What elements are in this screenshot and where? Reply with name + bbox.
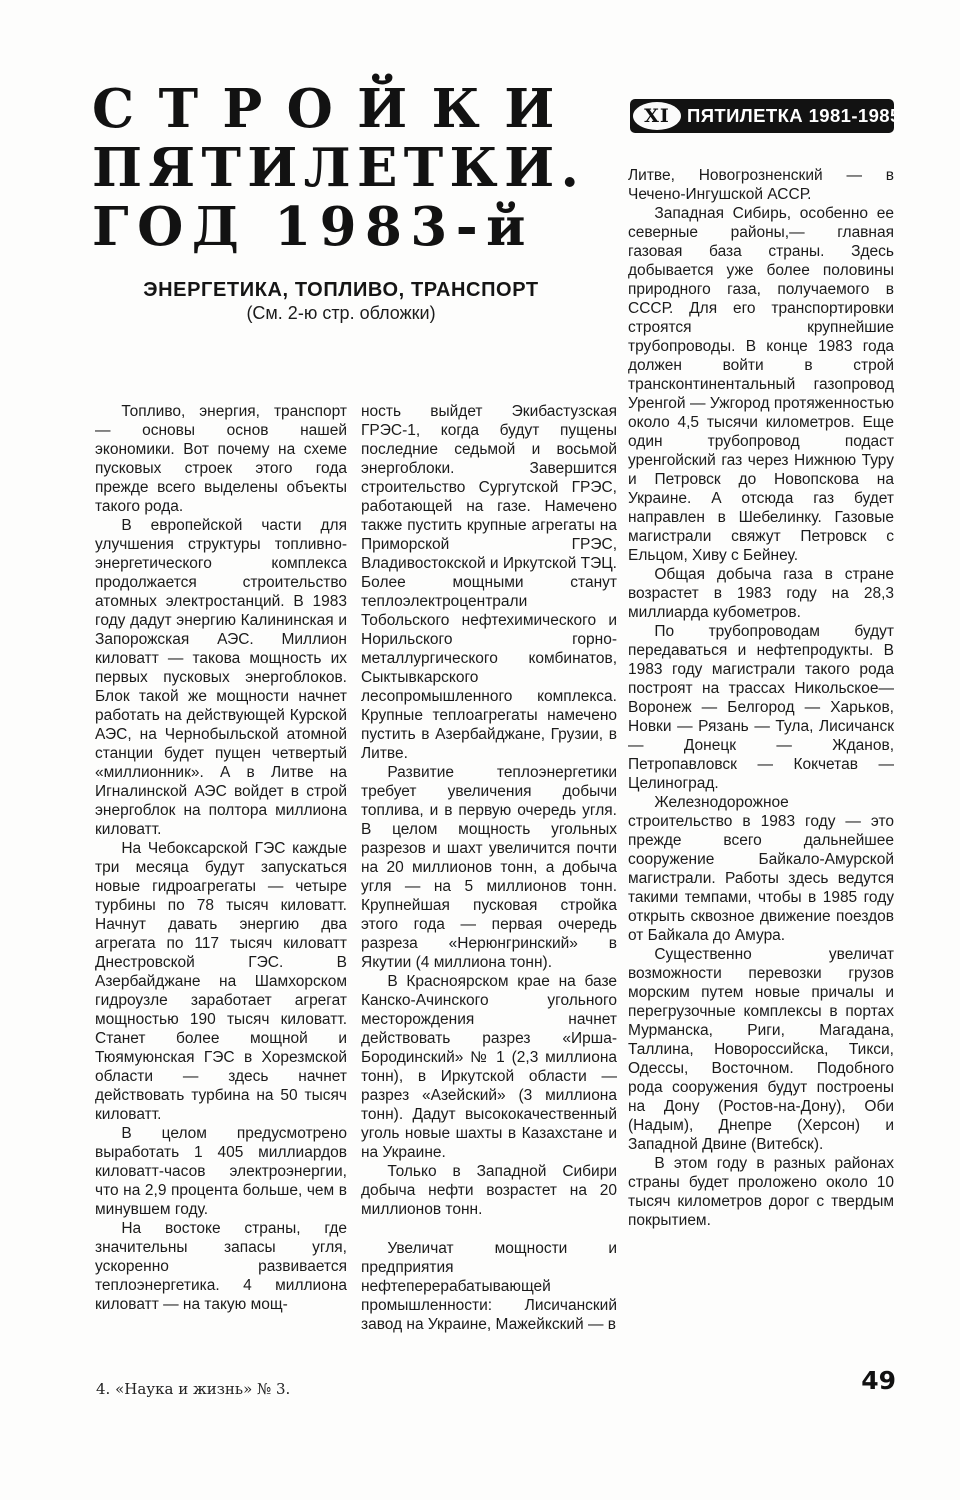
paragraph: Железнодорожное строительство в 1983 год…: [628, 793, 894, 945]
paragraph: Общая добыча газа в стране возрастет в 1…: [628, 565, 894, 622]
paragraph: В этом году в разных районах страны буде…: [628, 1154, 894, 1230]
title-line-1: СТРОЙКИ: [92, 80, 590, 139]
paragraph: Существенно увеличат возможности перевоз…: [628, 945, 894, 1154]
article-title: СТРОЙКИ ПЯТИЛЕТКИ. ГОД 1983-й: [92, 80, 590, 257]
magazine-page: СТРОЙКИ ПЯТИЛЕТКИ. ГОД 1983-й XI ПЯТИЛЕТ…: [0, 0, 960, 1500]
text-column-3: Литве, Новогрозненский — в Чечено-Ингушс…: [628, 166, 894, 1230]
page-number: 49: [861, 1366, 896, 1395]
roman-numeral-xi: XI: [644, 105, 670, 127]
text-column-2: ность выйдет Экибастузская ГРЭС-1, когда…: [361, 402, 617, 1334]
paragraph: В европейской части для улучшения структ…: [95, 516, 347, 839]
paragraph: Развитие теплоэнергетики требует увеличе…: [361, 763, 617, 972]
paragraph: По трубопроводам будут передаваться и не…: [628, 622, 894, 793]
paragraph: Увеличат мощности и предприятия нефтепер…: [361, 1239, 617, 1334]
paragraph: Литве, Новогрозненский — в Чечено-Ингушс…: [628, 166, 894, 204]
paragraph: Только в Западной Сибири добыча нефти во…: [361, 1162, 617, 1219]
paragraph: Топливо, энергия, транспорт — основы осн…: [95, 402, 347, 516]
text-column-1: Топливо, энергия, транспорт — основы осн…: [95, 402, 347, 1314]
journal-imprint: 4. «Наука и жизнь» № 3.: [96, 1380, 290, 1398]
paragraph: В целом предусмотрено выработать 1 405 м…: [95, 1124, 347, 1219]
badge-label: ПЯТИЛЕТКА 1981-1985: [687, 105, 901, 127]
article-subtitle: ЭНЕРГЕТИКА, ТОПЛИВО, ТРАНСПОРТ: [92, 279, 590, 302]
paragraph: Западная Сибирь, особенно ее северные ра…: [628, 204, 894, 565]
roman-numeral-emblem: XI: [633, 102, 681, 130]
paragraph: На востоке страны, где значительны запас…: [95, 1219, 347, 1314]
paragraph: На Чебоксарской ГЭС каждые три месяца бу…: [95, 839, 347, 1124]
title-line-2: ПЯТИЛЕТКИ.: [92, 139, 590, 198]
paragraph: В Красноярском крае на базе Канско-Ачинс…: [361, 972, 617, 1162]
five-year-plan-badge: XI ПЯТИЛЕТКА 1981-1985: [630, 99, 894, 133]
title-line-3: ГОД 1983-й: [92, 198, 590, 257]
paragraph: ность выйдет Экибастузская ГРЭС-1, когда…: [361, 402, 617, 763]
subtitle-note: (См. 2-ю стр. обложки): [92, 303, 590, 324]
